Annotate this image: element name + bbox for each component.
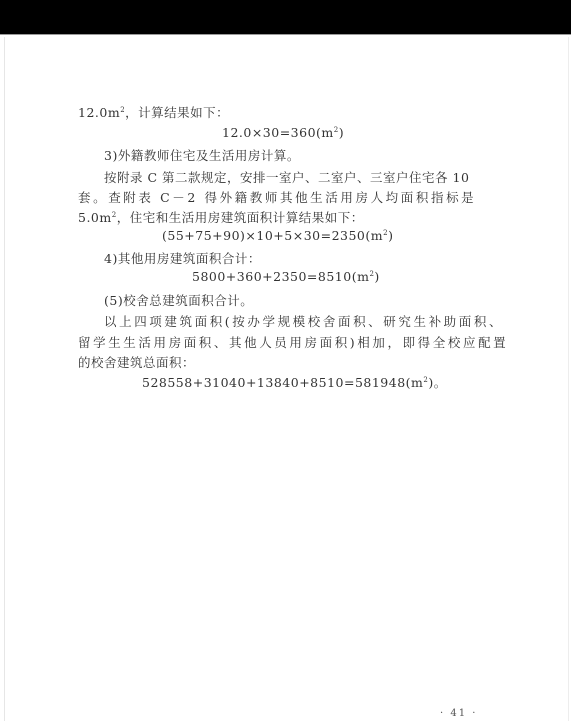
formula-line-4: 528558+31040+13840+8510=581948(m2)。 [142,373,447,391]
formula-line-3: 5800+360+2350=8510(m2) [192,269,380,284]
text-line-1: 12.0m2，计算结果如下： [78,103,229,121]
text-line-11: 以上四项建筑面积(按办学规模校舍面积、研究生补助面积、 [104,312,504,330]
text-line-12: 留学生生活用房面积、其他人员用房面积)相加，即得全校应配置 [78,333,508,351]
section-heading-3: 3)外籍教师住宅及生活用房计算。 [104,146,300,164]
page-number: · 41 · [440,708,477,719]
text-line-5: 套。查附表 C－2 得外籍教师其他生活用房人均面积指标是 [78,188,476,206]
top-black-bar [0,0,571,34]
formula-line-1: 12.0×30=360(m2) [222,125,344,140]
section-heading-4: 4)其他用房建筑面积合计： [104,249,261,267]
section-heading-5: (5)校舍总建筑面积合计。 [104,291,253,309]
text-line-13: 的校舍建筑总面积： [78,353,195,371]
formula-line-2: (55+75+90)×10+5×30=2350(m2) [162,228,393,243]
text-line-4: 按附录 C 第二款规定，安排一室户、二室户、三室户住宅各 10 [104,168,469,186]
text-line-6: 5.0m2，住宅和生活用房建筑面积计算结果如下： [78,208,364,226]
